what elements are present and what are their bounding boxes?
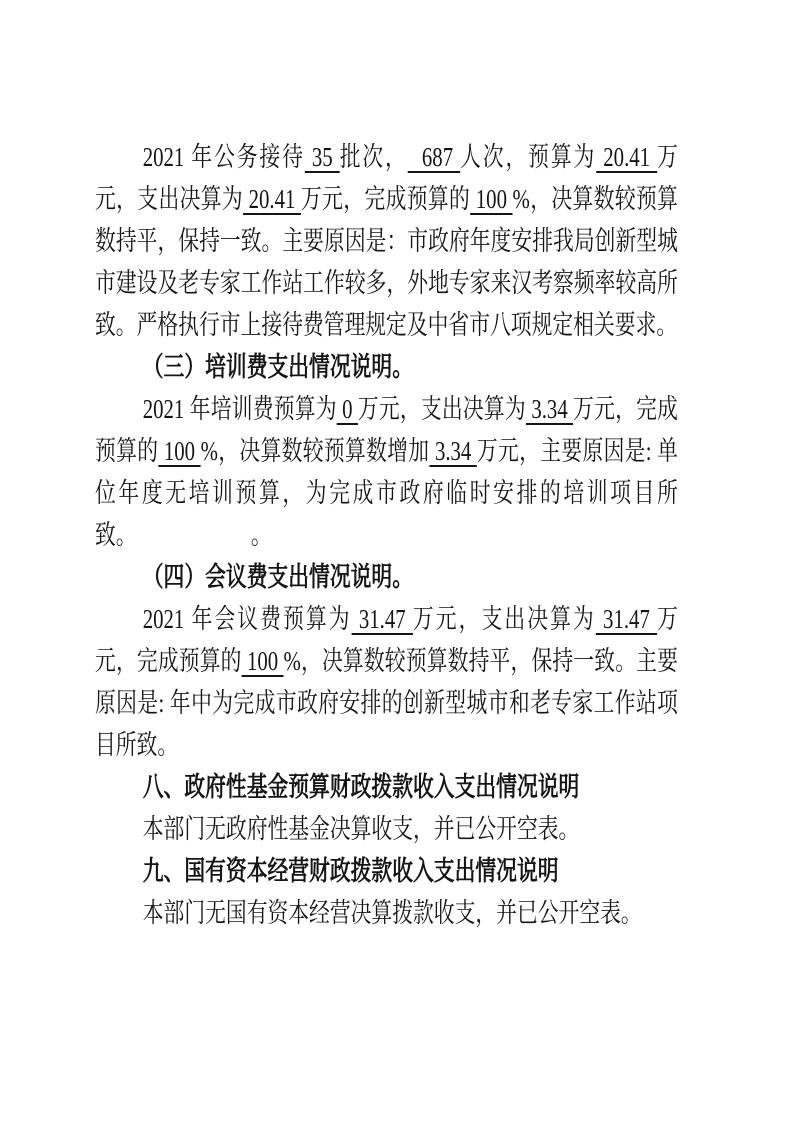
document-page: 2021 年公务接待 35 批次， 687 人次，预算为 20.41 万元，支出… bbox=[0, 0, 793, 1122]
underlined-value: 100 bbox=[158, 436, 200, 466]
text-run: 2021 年公务接待 bbox=[143, 142, 305, 172]
text-run: （四）会议费支出情况说明。 bbox=[143, 562, 413, 592]
underlined-value: 20.41 bbox=[596, 142, 657, 172]
text-run: 批次， bbox=[340, 142, 408, 172]
underlined-value: 0 bbox=[337, 394, 358, 424]
underlined-value: 100 bbox=[242, 646, 284, 676]
heading-training-fee: （三）培训费支出情况说明。 bbox=[95, 346, 678, 388]
text-run: 九、国有资本经营财政拨款收入支出情况说明 bbox=[143, 856, 559, 886]
heading-state-capital: 九、国有资本经营财政拨款收入支出情况说明 bbox=[95, 850, 678, 892]
underlined-value: 3.34 bbox=[429, 436, 476, 466]
heading-meeting-fee: （四）会议费支出情况说明。 bbox=[95, 556, 678, 598]
para-training-fee: 2021 年培训费预算为 0 万元，支出决算为 3.34 万元，完成预算的 10… bbox=[95, 388, 678, 556]
text-run: 本部门无政府性基金决算收支，并已公开空表。 bbox=[143, 814, 580, 844]
text-run: 2021 年会议费预算为 bbox=[143, 604, 352, 634]
underlined-value: 35 bbox=[305, 142, 340, 172]
para-government-fund: 本部门无政府性基金决算收支，并已公开空表。 bbox=[95, 808, 678, 850]
underlined-value: 20.41 bbox=[243, 184, 301, 214]
underlined-value: 31.47 bbox=[596, 604, 657, 634]
text-run: 万元，支出决算为 bbox=[358, 394, 526, 424]
text-run: 人次，预算为 bbox=[460, 142, 596, 172]
text-run: 万元，完成预算的 bbox=[301, 184, 470, 214]
text-run: %，决算数较预算数增加 bbox=[201, 436, 430, 466]
text-run: 本部门无国有资本经营决算拨款收支，并已公开空表。 bbox=[143, 898, 642, 928]
document-viewport: { "page": { "background_color": "#ffffff… bbox=[0, 0, 793, 1122]
text-run: 万元，支出决算为 bbox=[413, 604, 596, 634]
underlined-value: 3.34 bbox=[526, 394, 573, 424]
text-run: （三）培训费支出情况说明。 bbox=[143, 352, 413, 382]
text-run: 八、政府性基金预算财政拨款收入支出情况说明 bbox=[143, 772, 580, 802]
underlined-value: 31.47 bbox=[352, 604, 413, 634]
underlined-value: 100 bbox=[470, 184, 512, 214]
heading-government-fund: 八、政府性基金预算财政拨款收入支出情况说明 bbox=[95, 766, 678, 808]
text-run: 2021 年培训费预算为 bbox=[143, 394, 337, 424]
para-state-capital: 本部门无国有资本经营决算拨款收支，并已公开空表。 bbox=[95, 892, 678, 934]
document-body: 2021 年公务接待 35 批次， 687 人次，预算为 20.41 万元，支出… bbox=[95, 136, 678, 934]
para-meeting-fee: 2021 年会议费预算为 31.47 万元，支出决算为 31.47 万元，完成预… bbox=[95, 598, 678, 766]
underlined-value: 687 bbox=[408, 142, 460, 172]
para-official-reception: 2021 年公务接待 35 批次， 687 人次，预算为 20.41 万元，支出… bbox=[95, 136, 678, 346]
